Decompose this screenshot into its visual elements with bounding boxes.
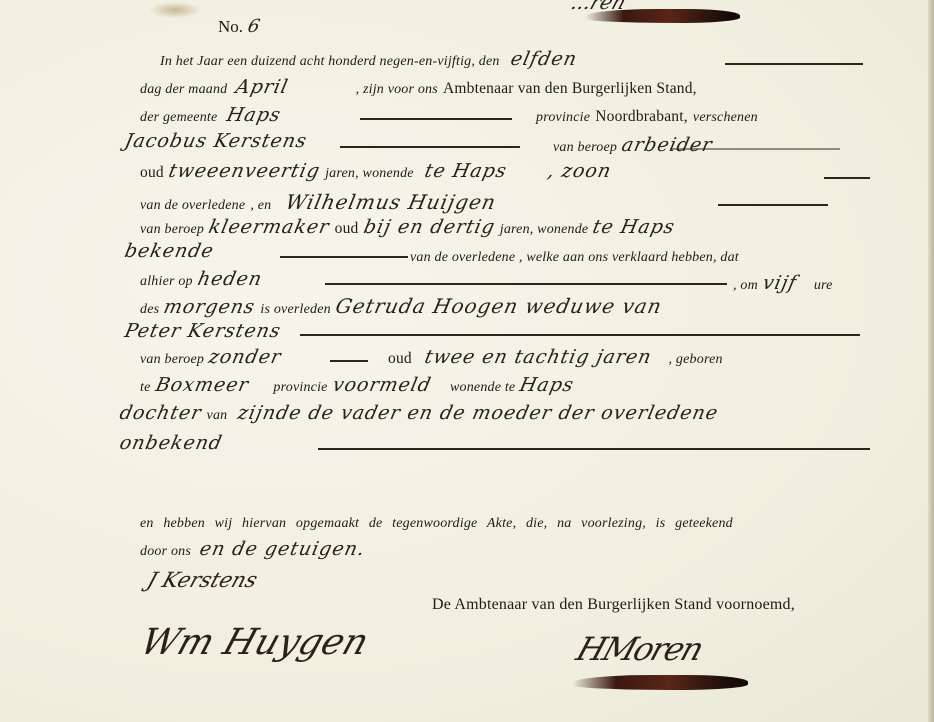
line-2: dag der maand April , zijn voor ons Ambt… <box>140 76 697 98</box>
closing-line-1: en hebben wij hiervan opgemaakt de tegen… <box>140 512 733 532</box>
record-number: No. 6 <box>218 16 261 37</box>
line-13: te Boxmeer provincie voormeld wonende te… <box>140 374 574 396</box>
rule <box>330 360 368 362</box>
witnesses-note: en de getuigen. <box>198 538 368 560</box>
rule <box>725 63 863 65</box>
month-field: April <box>234 76 319 98</box>
deceased-occupation: zonder <box>207 346 284 368</box>
day-field: elfden <box>508 48 579 70</box>
line-4: Jacobus Kerstens <box>125 130 307 152</box>
deceased-residence: Haps <box>518 374 576 396</box>
hour-field: vijf <box>761 272 799 294</box>
paper-stain <box>150 2 200 18</box>
page-edge <box>928 0 934 722</box>
rule <box>318 448 870 450</box>
number-value: 6 <box>246 16 263 37</box>
closing-line-2: door ons en de getuigen. <box>140 538 365 560</box>
declarant-relation: bekende <box>123 240 216 262</box>
declarant-2-occupation: kleermaker <box>207 216 332 238</box>
signature-witness-1: J Kerstens <box>148 568 257 592</box>
signature-official: HMoren <box>578 630 701 668</box>
line-3: der gemeente Haps <box>140 104 280 126</box>
official-label: De Ambtenaar van den Burgerlijken Stand … <box>432 594 795 614</box>
municipality-field: Haps <box>224 104 282 126</box>
declaration-text: van de overledene , welke aan ons verkla… <box>410 246 739 266</box>
line-7: van beroep kleermaker oud bij en dertig … <box>140 216 675 238</box>
rule <box>280 256 408 258</box>
line-6: van de overledene , en Wilhelmus Huijgen <box>140 190 496 214</box>
parents-unknown: onbekend <box>118 432 225 454</box>
declarant-2-residence: te Haps <box>591 216 677 238</box>
birth-province: voormeld <box>330 374 433 396</box>
declarant-1-age: tweeenveertig <box>167 160 323 182</box>
spouse-name: Peter Kerstens <box>123 320 283 342</box>
declarant-2-name: Wilhelmus Huijgen <box>284 190 499 214</box>
birthplace: Boxmeer <box>153 374 250 396</box>
ink-blot-top <box>585 9 740 23</box>
time-of-day: morgens <box>162 296 258 318</box>
line-9: alhier op heden <box>140 268 262 290</box>
line-12: van beroep zonder <box>140 346 281 368</box>
declarant-2-age: bij en dertig <box>361 216 497 238</box>
date-field: heden <box>196 268 265 290</box>
declarant-1-relation: , zoon <box>545 160 613 182</box>
number-label: No. <box>218 17 243 36</box>
relation-daughter: dochter <box>118 402 204 424</box>
ink-blot-bottom <box>572 675 748 690</box>
rule <box>340 146 520 148</box>
line-5: oud tweeenveertig jaren, wonende te Haps… <box>140 160 611 182</box>
signature-witness-2: Wm Huygen <box>142 622 367 663</box>
line-11: Peter Kerstens <box>125 320 281 342</box>
occupation-1: van beroep arbeider <box>553 134 713 156</box>
line-15: onbekend <box>120 432 222 454</box>
rule <box>325 283 727 285</box>
rule <box>670 148 840 150</box>
deceased-name: Getruda Hoogen weduwe van <box>333 294 664 318</box>
rule <box>718 204 828 206</box>
time-text: , om vijf ure <box>733 272 833 294</box>
deceased-age-line: oud twee en tachtig jaren , geboren <box>388 346 723 368</box>
line-1: In het Jaar een duizend acht honderd neg… <box>160 48 577 70</box>
declarant-1-name: Jacobus Kerstens <box>123 130 310 152</box>
declarant-1-residence: te Haps <box>422 160 508 182</box>
line-14: dochter van zijnde de vader en de moeder… <box>120 402 719 424</box>
rule <box>824 177 870 179</box>
deceased-age: twee en tachtig jaren <box>423 346 654 368</box>
declarant-1-occupation: arbeider <box>620 134 715 156</box>
line-8: bekende <box>125 240 214 262</box>
rule <box>360 118 512 120</box>
line-10: des morgens is overleden Getruda Hoogen … <box>140 294 662 318</box>
province-text: provincie Noordbrabant, verschenen <box>536 106 758 126</box>
rule <box>300 334 860 336</box>
parents-note: zijnde de vader en de moeder der overled… <box>236 402 721 424</box>
